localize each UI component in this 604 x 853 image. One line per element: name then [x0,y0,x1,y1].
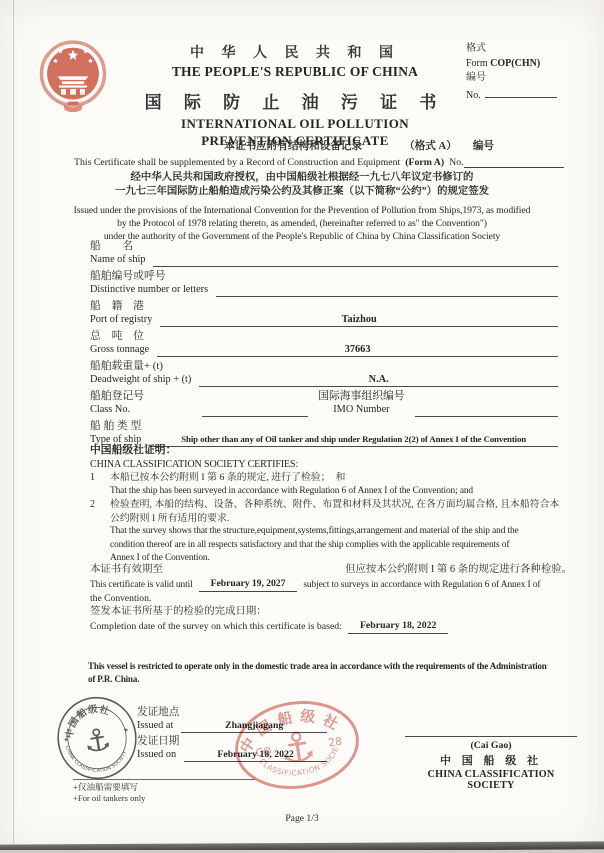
country-title-cn: 中 华 人 民 共 和 国 [140,42,450,62]
type-of-ship-label-cn: 船 舶 类 型 [90,420,558,433]
imo-number-label-cn: 国际海事组织编号 [308,390,414,403]
certificate-page: 中 华 人 民 共 和 国 THE PEOPLE'S REPUBLIC OF C… [0,0,604,853]
form-code: COP(CHN) [490,58,540,69]
field-deadweight: 船舶载重量+ (t) Deadweight of ship + (t) N.A. [90,360,558,387]
distinctive-number-label-cn: 船舶编号或呼号 [90,270,558,283]
item1-text-cn: 本船已按本公约附则 I 第 6 条的规定, 进行了检验； 和 [110,471,568,485]
no-word: No. [466,90,481,101]
item2-text-cn-line2: 公约附则 I 所有适用的要求. [110,512,568,526]
authority-cn-line2: 一九七三年国际防止船舶造成污染公约及其修正案（以下简称“公约”）的规定签发 [40,185,564,199]
certifies-item-1: 1 本船已按本公约附则 I 第 6 条的规定, 进行了检验； 和 That th… [90,471,568,498]
name-of-ship-label-cn: 船 名 [90,240,558,253]
completion-date-label-en: Completion date of the survey on which t… [90,620,342,634]
society-name-cn: 中 国 船 级 社 [405,752,577,768]
gross-tonnage-label-en: Gross tonnage [90,343,149,357]
name-of-ship-value [153,253,558,267]
form-label-en: Form COP(CHN) [466,57,584,72]
deadweight-label-cn: 船舶载重量+ (t) [90,360,558,373]
issued-at-label-en: Issued at [137,719,173,733]
ship-particulars: 船 名 Name of ship 船舶编号或呼号 Distinctive num… [90,240,558,450]
record-no-blank [464,156,564,168]
no-label-cn: 编号 [466,71,584,86]
gross-tonnage-value: 37663 [157,343,558,357]
distinctive-number-label-en: Distinctive number or letters [90,283,208,297]
certificate-title-en-line1: INTERNATIONAL OIL POLLUTION [140,116,450,132]
country-title-en: THE PEOPLE'S REPUBLIC OF CHINA [140,64,450,80]
supplement-en-line: This Certificate shall be supplemented b… [40,156,564,168]
issued-on-label-en: Issued on [137,748,176,762]
item2-text-cn-line1: 检验查明, 本船的结构、设备、各种系统、附件、布置和材料及其状况, 在各方面均属… [110,498,568,512]
restriction-notice-line2: of P.R. China. [88,673,600,686]
form-number-block: 格式 Form COP(CHN) 编号 No. [466,42,584,103]
issued-under-line1: Issued under the provisions of the Inter… [40,204,564,217]
page-number: Page 1/3 [0,813,604,824]
certifies-item-2: 2 检验查明, 本船的结构、设备、各种系统、附件、布置和材料及其状况, 在各方面… [90,498,568,566]
subject-to-surveys-en-cont: the Convention. [90,592,572,606]
form-word: Form [466,58,488,69]
valid-until-date: February 19, 2027 [199,577,298,592]
field-gross-tonnage: 总 吨 位 Gross tonnage 37663 [90,330,558,357]
certifies-heading-cn: 中国船级社证明： [90,444,568,458]
item2-number: 2 [90,498,110,566]
supplement-cn-line: 本证书应附有结构和设备记录 （格式 A） 编号 [40,138,564,153]
imo-number-label-en: IMO Number [308,403,414,417]
scan-edge-line [13,0,14,845]
signer-name: (Cai Gao) [405,740,577,751]
footnote: +仅油船需要填写 +For oil tankers only [73,779,255,804]
black-seal-star-left-icon: ★ [63,736,69,744]
field-type-of-ship: 船 舶 类 型 Type of ship Ship other than any… [90,420,558,447]
completion-date-value: February 18, 2022 [348,619,448,634]
field-port-of-registry: 船 籍 港 Port of registry Taizhou [90,300,558,327]
footnote-cn: +仅油船需要填写 [73,782,255,793]
signature-block: (Cai Gao) 中 国 船 级 社 CHINA CLASSIFICATION… [405,736,577,791]
class-no-label-cn: 船舶登记号 [90,390,202,403]
class-no-value [202,403,308,417]
completion-date-label-cn: 签发本证书所基于的检验的完成日期： [90,605,572,619]
port-of-registry-value: Taizhou [160,313,558,327]
certifies-heading-en: CHINA CLASSIFICATION SOCIETY CERTIFIES: [90,458,568,472]
certification-section: 中国船级社证明： CHINA CLASSIFICATION SOCIETY CE… [90,444,568,566]
valid-until-label-en: This certificate is valid until [90,578,193,592]
port-of-registry-label-en: Port of registry [90,313,152,327]
subject-to-surveys-cn: 但应按本公约附则 I 第 6 条的规定进行各种检验。 [345,563,572,577]
name-of-ship-label-en: Name of ship [90,253,145,267]
restriction-notice: This vessel is restricted to operate onl… [88,660,600,686]
no-label-en: No. [466,86,584,104]
certificate-no-blank [485,86,557,98]
classification-society-seal-icon: 中国船级社 CHINA CLASSIFICATION SOCIETY ★ ★ ⚓ [49,690,145,786]
supplement-cn-no: 编号 [473,138,494,153]
item2-text-en-line2: condition thereof are in all respects sa… [110,539,568,553]
distinctive-number-value [216,283,558,297]
validity-section: 本证书有效期至 但应按本公约附则 I 第 6 条的规定进行各种检验。 This … [90,563,572,634]
header-titles: 中 华 人 民 共 和 国 THE PEOPLE'S REPUBLIC OF C… [140,42,450,149]
prc-national-emblem-icon [38,40,108,124]
port-of-registry-label-cn: 船 籍 港 [90,300,558,313]
certificate-title-cn: 国 际 防 止 油 污 证 书 [140,88,450,113]
form-label-cn: 格式 [466,42,584,57]
society-name-en: CHINA CLASSIFICATION SOCIETY [405,769,577,791]
field-name-of-ship: 船 名 Name of ship [90,240,558,267]
supplement-en-text: This Certificate shall be supplemented b… [74,157,400,168]
field-distinctive-number: 船舶编号或呼号 Distinctive number or letters [90,270,558,297]
subject-to-surveys-en: subject to surveys in accordance with Re… [303,578,540,592]
imo-number-value [415,403,558,417]
valid-until-label-cn: 本证书有效期至 [90,563,163,577]
supplement-en-form-a: (Form A) [405,157,444,168]
issued-under-line2: by the Protocol of 1978 relating thereto… [40,217,564,230]
supplement-en-no: No. [449,157,463,168]
item1-text-en: That the ship has been surveyed in accor… [110,485,568,499]
red-stamp-code-left: CO [255,745,273,760]
item1-number: 1 [90,471,110,498]
footnote-en: +For oil tankers only [73,793,255,804]
authority-cn-line1: 经中华人民共和国政府授权，由中国船级社根据经一九七八年议定书修订的 [40,171,564,185]
item2-text-en-line1: That the survey shows that the structure… [110,525,568,539]
class-no-label-en: Class No. [90,403,202,417]
deadweight-value: N.A. [199,373,558,387]
black-seal-anchor-icon: ⚓ [81,722,114,761]
supplement-cn-form-a: （格式 A） [404,138,457,153]
black-seal-star-right-icon: ★ [123,726,129,734]
restriction-notice-line1: This vessel is restricted to operate onl… [88,660,600,673]
supplement-cn-text: 本证书应附有结构和设备记录 [224,138,362,153]
gross-tonnage-label-cn: 总 吨 位 [90,330,558,343]
supplement-block: 本证书应附有结构和设备记录 （格式 A） 编号 This Certificate… [40,138,564,243]
field-class-no-imo: 船舶登记号 国际海事组织编号 Class No. IMO Number [90,390,558,417]
deadweight-label-en: Deadweight of ship + (t) [90,373,191,387]
